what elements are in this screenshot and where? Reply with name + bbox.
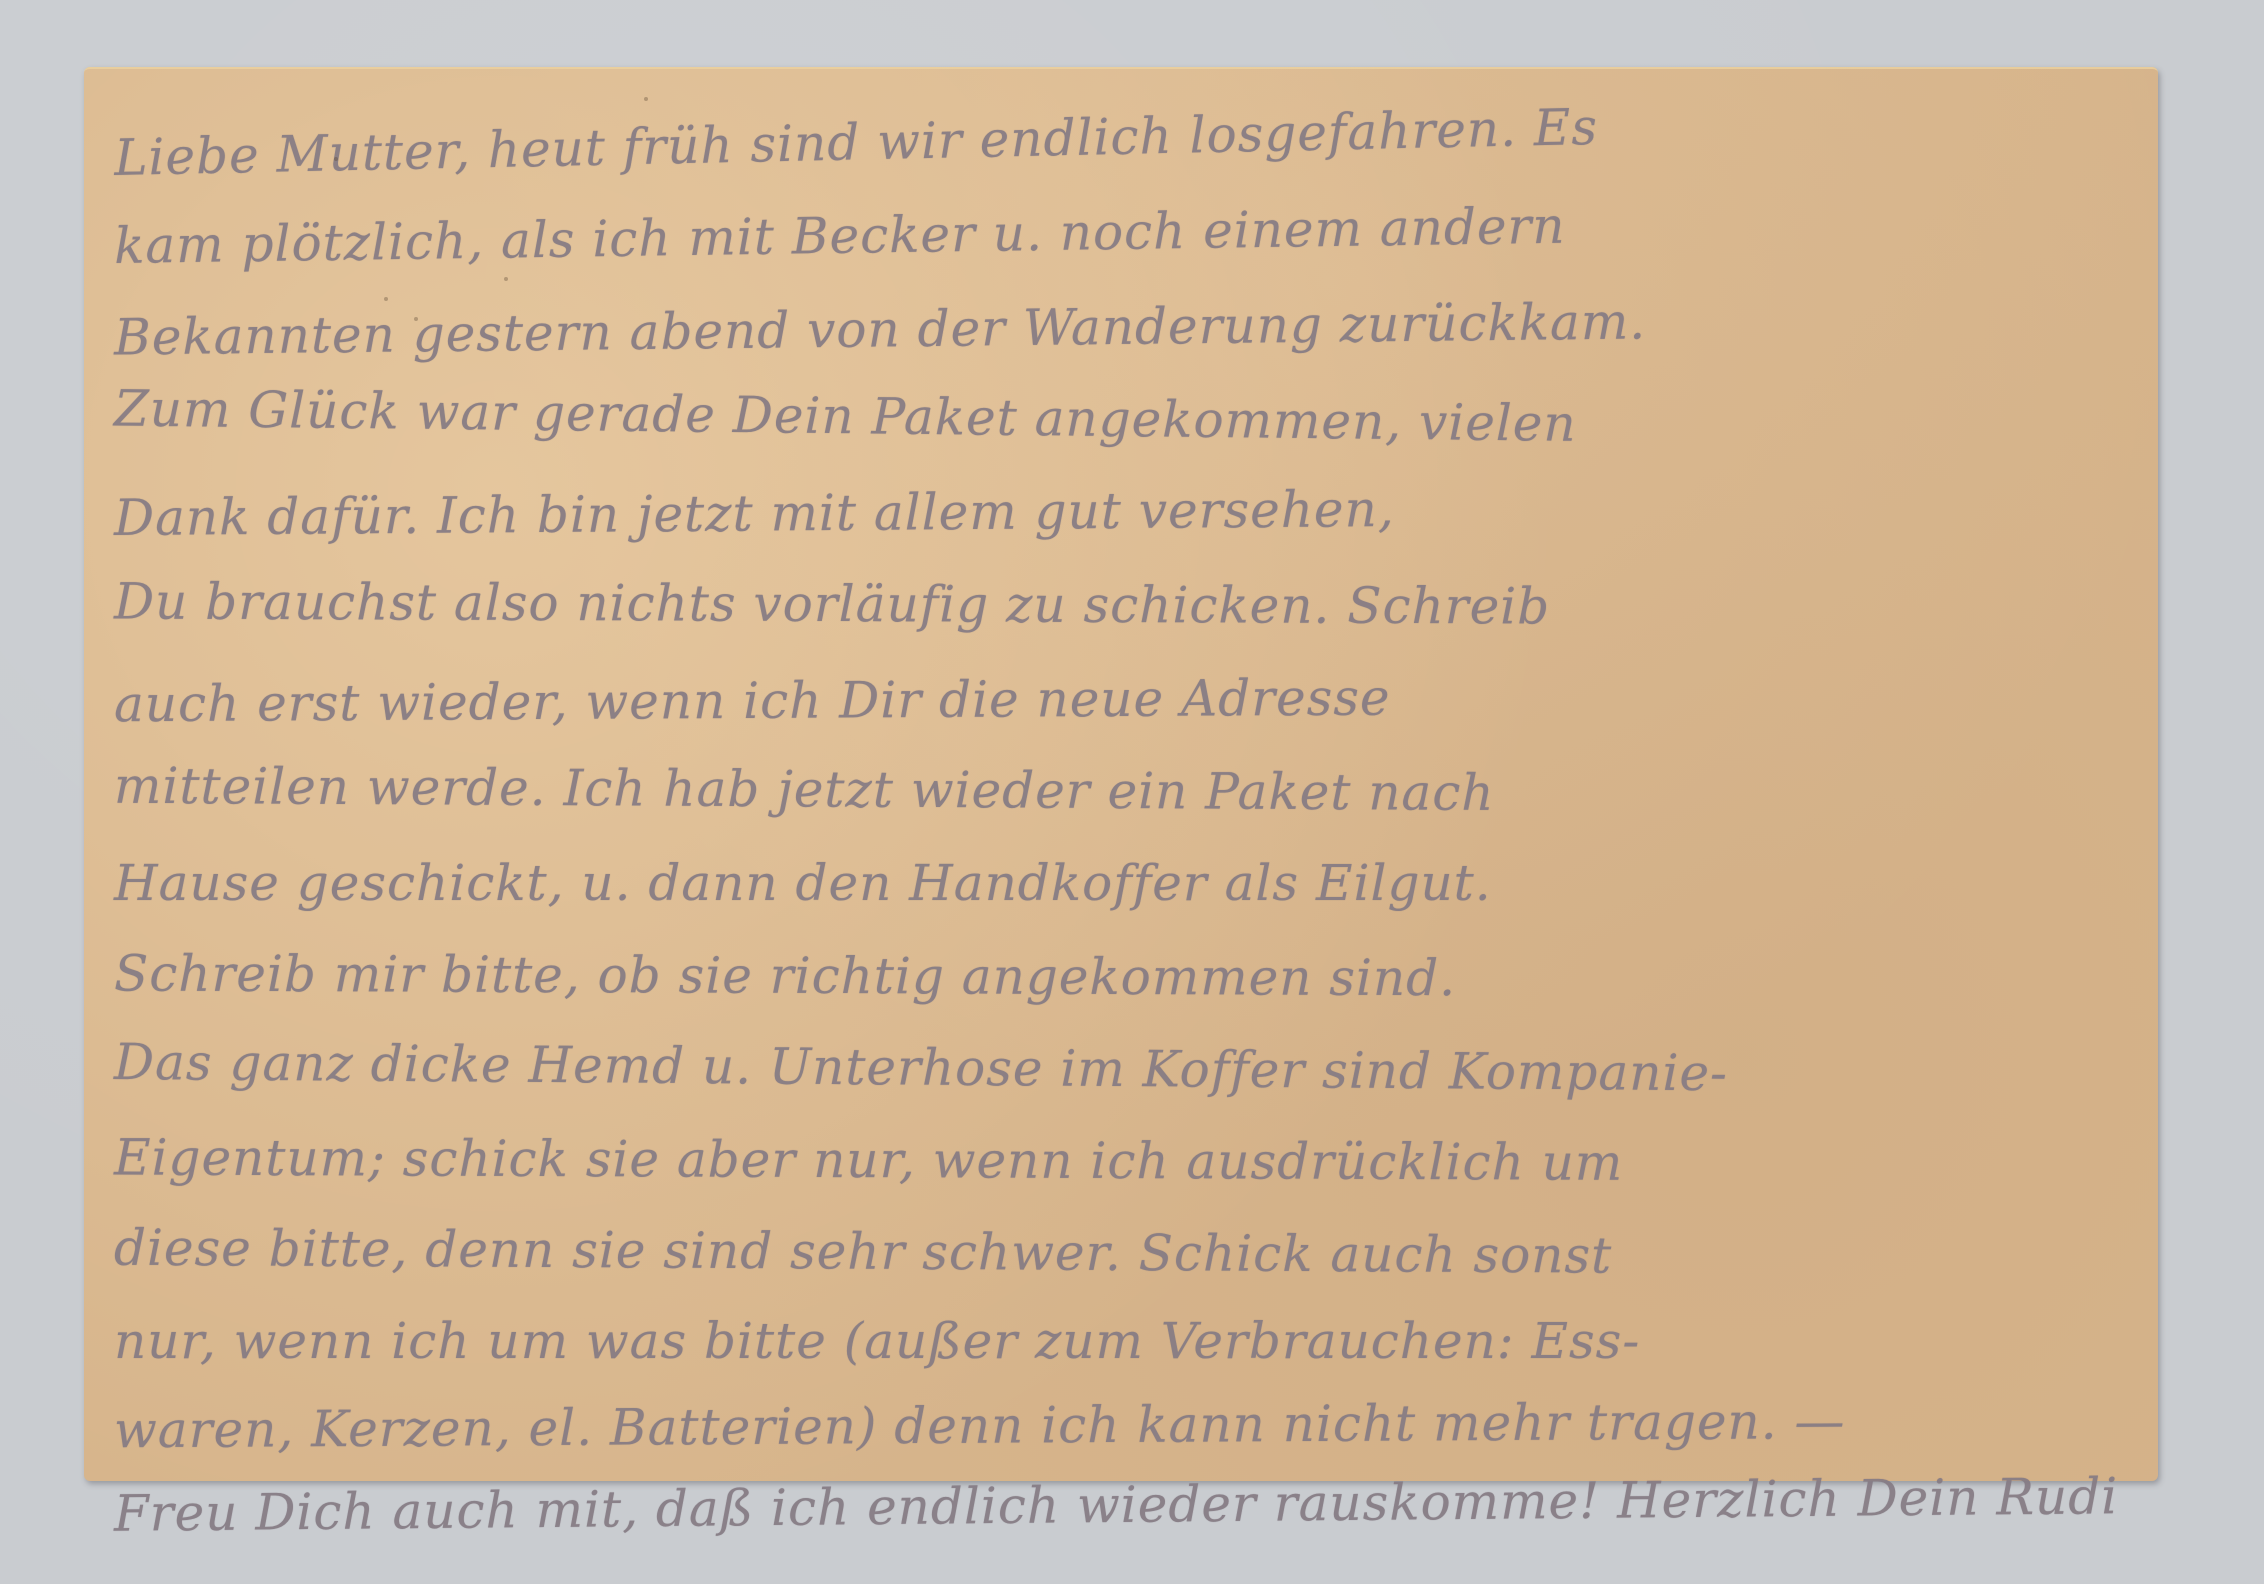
postcard: Liebe Mutter, heut früh sind wir endlich…	[84, 67, 2158, 1481]
text-line: nur, wenn ich um was bitte (außer zum Ve…	[114, 1301, 2118, 1381]
text-line: Bekannten gestern abend von der Wanderun…	[114, 277, 2119, 378]
text-line: Das ganz dicke Hemd u. Unterhose im Koff…	[114, 1022, 2119, 1116]
text-line: Du brauchst also nichts vorläufig zu sch…	[114, 562, 2118, 649]
text-line: waren, Kerzen, el. Batterien) denn ich k…	[114, 1380, 2118, 1470]
text-line: auch erst wieder, wenn ich Dir die neue …	[114, 654, 2118, 744]
text-line: Eigentum; schick sie aber nur, wenn ich …	[114, 1118, 2118, 1205]
text-line: Hause geschickt, u. dann den Handkoffer …	[114, 843, 2118, 923]
text-line: Liebe Mutter, heut früh sind wir endlich…	[113, 76, 2118, 198]
text-line: diese bitte, denn sie sind sehr schwer. …	[114, 1208, 2118, 1298]
text-line: Dank dafür. Ich bin jetzt mit allem gut …	[114, 464, 2119, 558]
paper-speck	[644, 97, 648, 101]
text-line: Schreib mir bitte, ob sie richtig angeko…	[114, 934, 2118, 1021]
handwritten-text: Liebe Mutter, heut früh sind wir endlich…	[114, 87, 2118, 1461]
text-line: kam plötzlich, als ich mit Becker u. noc…	[114, 178, 2119, 286]
paper-speck	[414, 317, 418, 321]
paper-speck	[384, 297, 388, 301]
paper-speck	[504, 277, 508, 281]
paper-speck	[334, 157, 338, 161]
text-line: Zum Glück war gerade Dein Paket angekomm…	[114, 369, 2119, 470]
text-line: mitteilen werde. Ich hab jetzt wieder ei…	[114, 746, 2118, 836]
